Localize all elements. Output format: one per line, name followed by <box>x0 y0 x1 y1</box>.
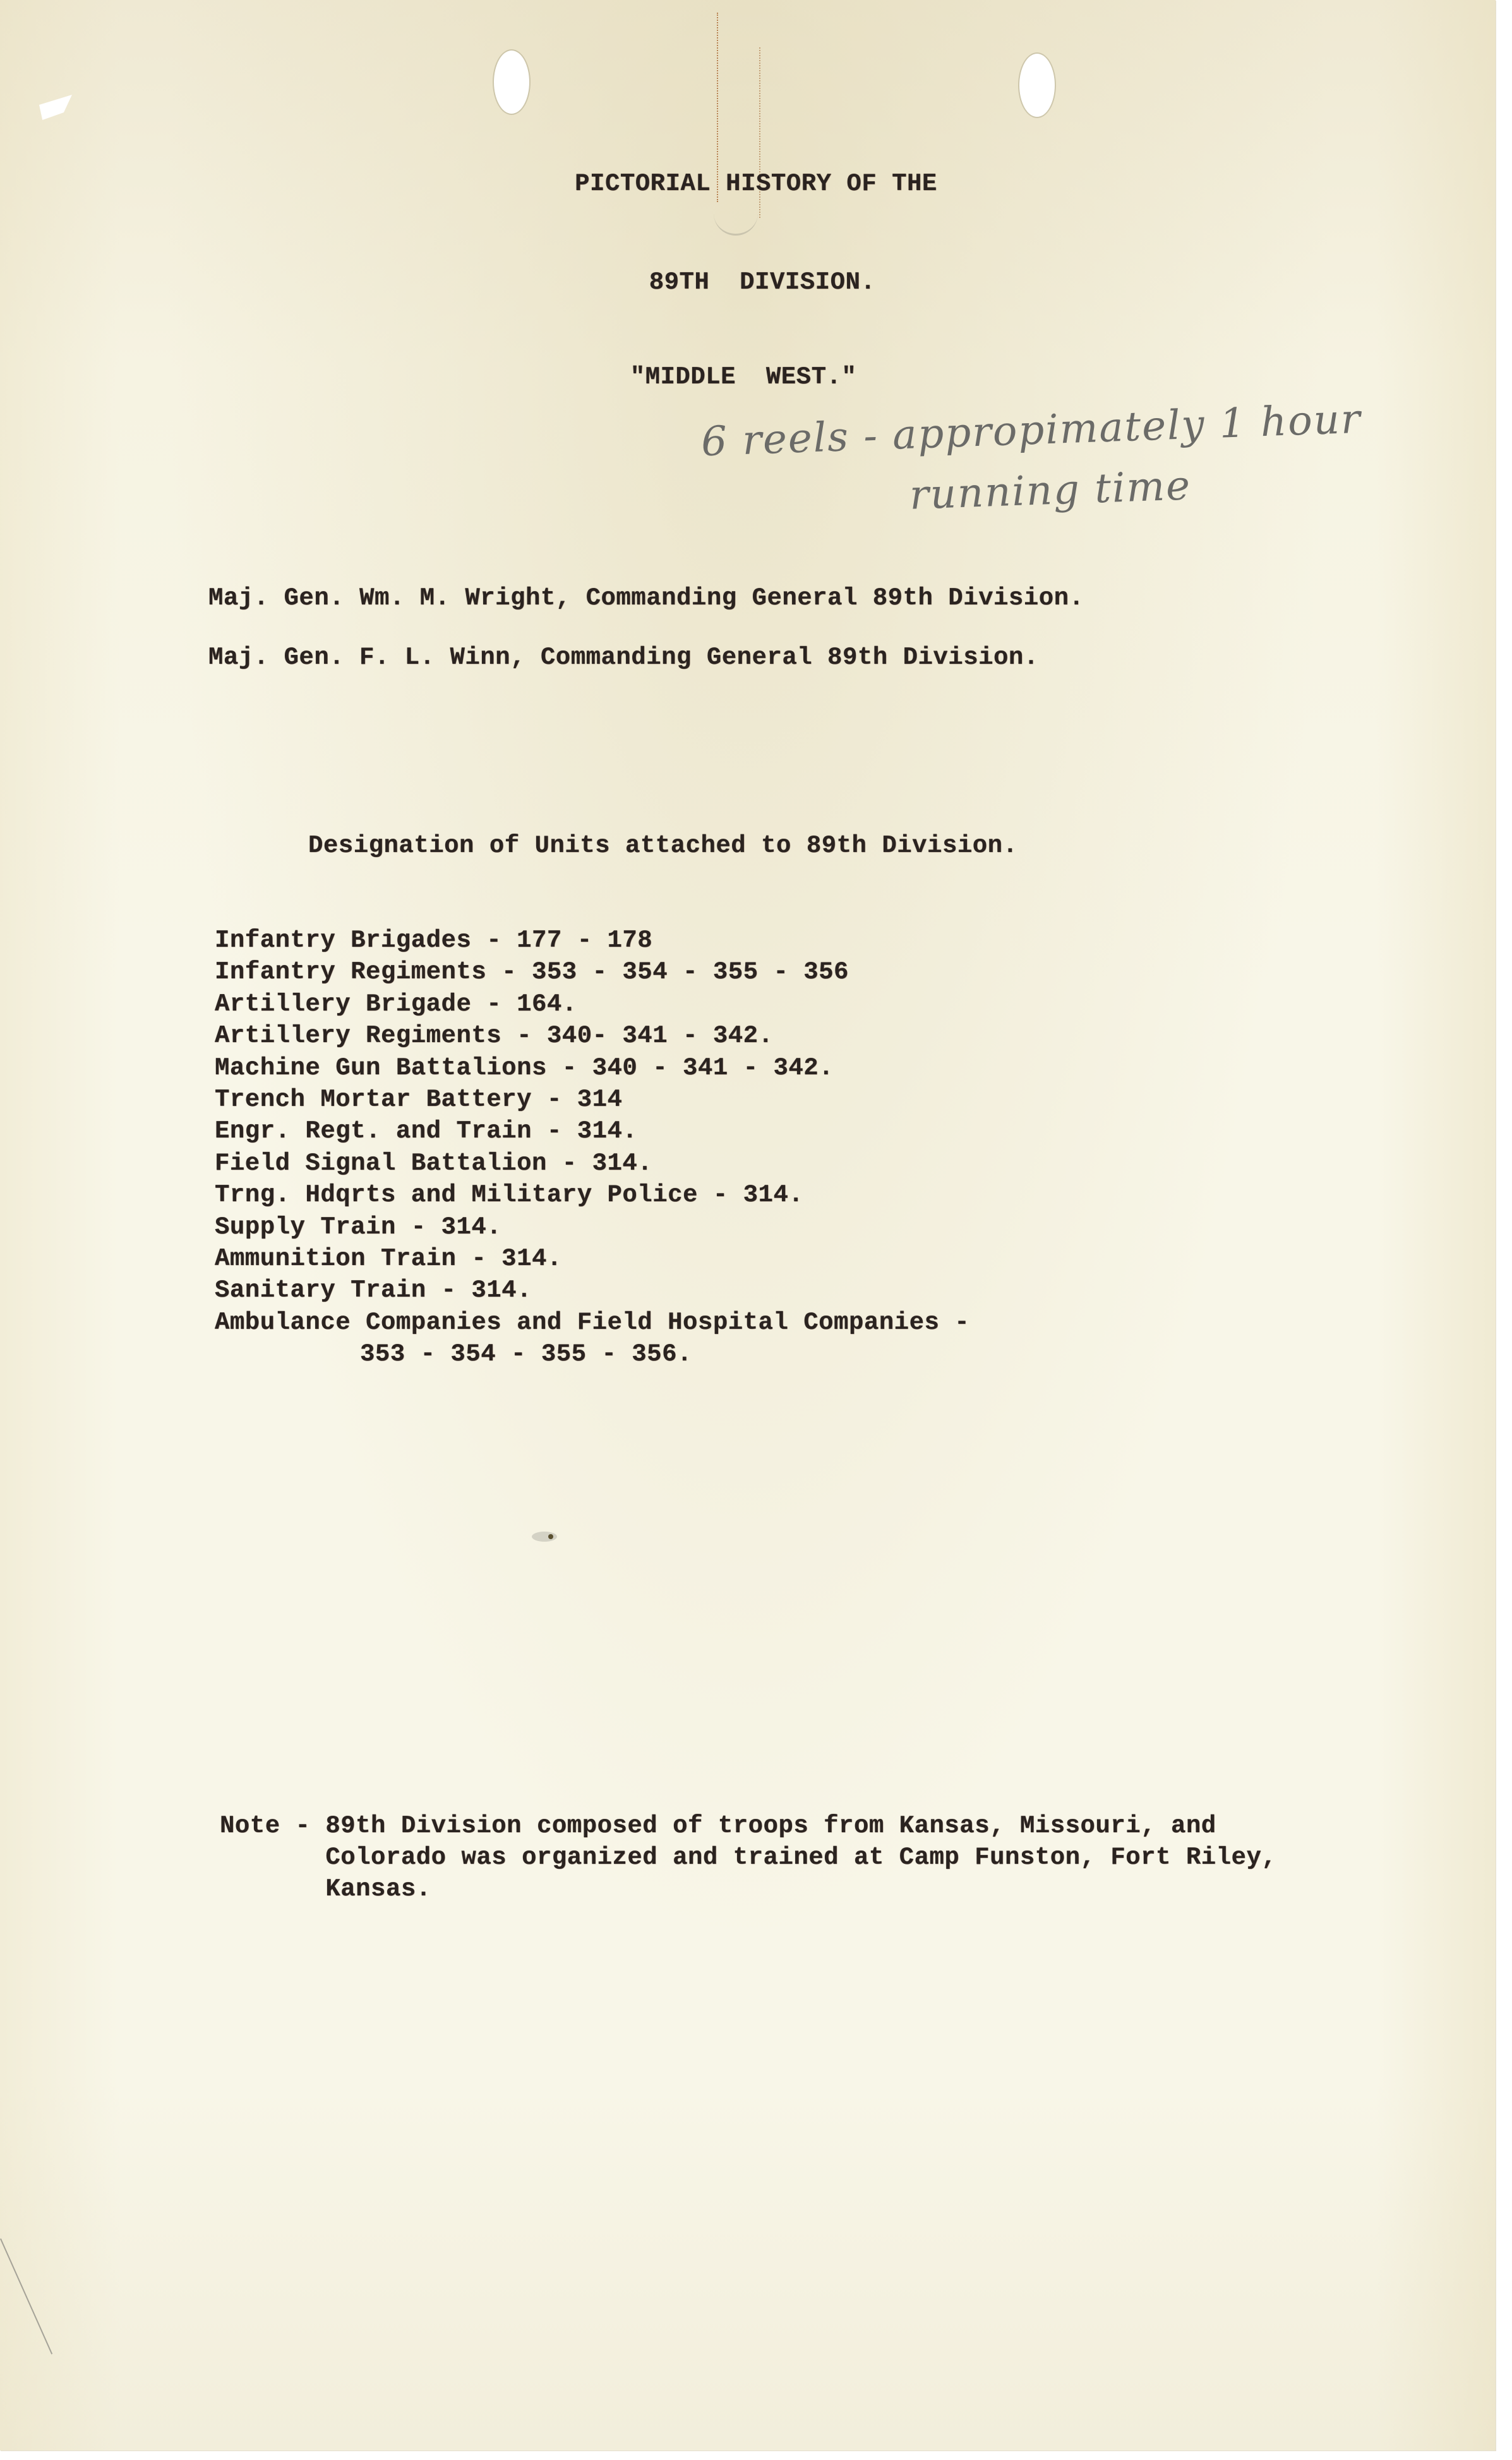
unit-text: Ambulance Companies and Field Hospital C… <box>215 1311 969 1335</box>
title-line-3: "MIDDLE WEST." <box>0 365 1499 390</box>
punch-hole-left <box>494 51 529 114</box>
unit-text: Trng. Hdqrts and Military Police - 314. <box>215 1183 969 1208</box>
unit-item: Artillery Brigade - 164. <box>215 992 969 1024</box>
paper-crease <box>0 2238 52 2355</box>
unit-text: Field Signal Battalion - 314. <box>215 1151 969 1176</box>
unit-item: Field Signal Battalion - 314. <box>215 1151 969 1183</box>
unit-text: Trench Mortar Battery - 314 <box>215 1088 969 1112</box>
unit-text: Sanitary Train - 314. <box>215 1278 969 1303</box>
unit-text-continuation: 353 - 354 - 355 - 356. <box>360 1342 692 1367</box>
note-line-2: Colorado was organized and trained at Ca… <box>220 1845 1276 1870</box>
unit-item: Infantry Brigades - 177 - 178 <box>215 928 969 960</box>
handwritten-note-line-2: running time <box>909 462 1192 519</box>
unit-text: Artillery Regiments - 340- 341 - 342. <box>215 1024 969 1048</box>
unit-item: Ambulance Companies and Field Hospital C… <box>215 1311 969 1342</box>
commanding-general-1: Maj. Gen. Wm. M. Wright, Commanding Gene… <box>208 586 1084 611</box>
ink-smudge <box>532 1532 557 1542</box>
unit-text: Engr. Regt. and Train - 314. <box>215 1119 969 1144</box>
unit-text: Ammunition Train - 314. <box>215 1247 969 1271</box>
handwritten-note-line-1: 6 reels - appropimately 1 hour <box>700 396 1362 465</box>
paperclip-impression <box>714 208 758 236</box>
unit-item: Machine Gun Battalions - 340 - 341 - 342… <box>215 1056 969 1088</box>
title-line-1: PICTORIAL HISTORY OF THE <box>0 172 1512 196</box>
paper-sheet: PICTORIAL HISTORY OF THE 89TH DIVISION. … <box>0 0 1496 2451</box>
unit-item: Sanitary Train - 314. <box>215 1278 969 1310</box>
unit-item: Trench Mortar Battery - 314 <box>215 1088 969 1119</box>
unit-text: Artillery Brigade - 164. <box>215 992 969 1017</box>
unit-item: Trng. Hdqrts and Military Police - 314. <box>215 1183 969 1215</box>
unit-text: Infantry Regiments - 353 - 354 - 355 - 3… <box>215 960 969 985</box>
unit-text: Supply Train - 314. <box>215 1215 969 1240</box>
note-line-1: Note - 89th Division composed of troops … <box>220 1814 1216 1839</box>
torn-corner-mark <box>39 95 72 120</box>
unit-item: Supply Train - 314. <box>215 1215 969 1247</box>
units-list: Infantry Brigades - 177 - 178 Infantry R… <box>215 928 969 1342</box>
punch-hole-right <box>1019 54 1055 117</box>
unit-item: Ammunition Train - 314. <box>215 1247 969 1278</box>
unit-text: Infantry Brigades - 177 - 178 <box>215 928 969 953</box>
note-line-3: Kansas. <box>220 1877 431 1902</box>
units-heading: Designation of Units attached to 89th Di… <box>308 834 1017 858</box>
unit-item: Artillery Regiments - 340- 341 - 342. <box>215 1024 969 1055</box>
unit-text: Machine Gun Battalions - 340 - 341 - 342… <box>215 1056 969 1081</box>
commanding-general-2: Maj. Gen. F. L. Winn, Commanding General… <box>208 645 1039 670</box>
unit-item: Infantry Regiments - 353 - 354 - 355 - 3… <box>215 960 969 992</box>
title-line-2: 89TH DIVISION. <box>0 270 1512 295</box>
unit-item: Engr. Regt. and Train - 314. <box>215 1119 969 1151</box>
